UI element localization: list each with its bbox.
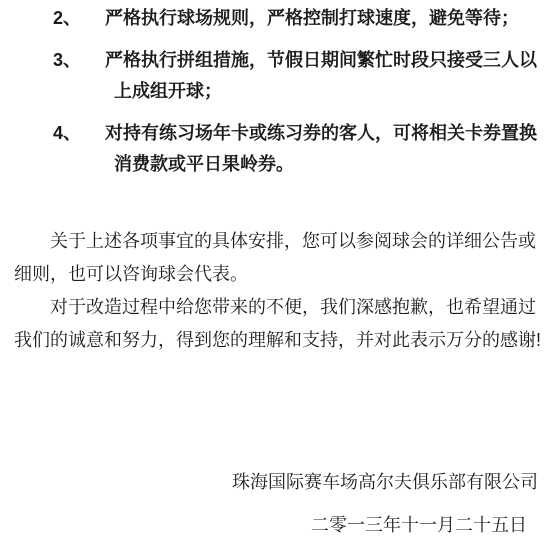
list-item-2-line-1: 严格执行球场规则，严格控制打球速度，避免等待； [105, 8, 550, 28]
list-item-4-line-2: 消费款或平日果岭券。 [114, 154, 550, 174]
list-item-3-line-2: 上成组开球； [114, 81, 550, 101]
list-item-4-number: 4、 [53, 123, 105, 143]
paragraph-apology: 对于改造过程中给您带来的不便，我们深感抱歉，也希望通过 我们的诚意和努力，得到您… [14, 297, 550, 350]
signature-company: 珠海国际赛车场高尔夫俱乐部有限公司 [0, 472, 550, 492]
list-item-4: 4、 对持有练习场年卡或练习券的客人，可将相关卡券置换 消费款或平日果岭券。 [0, 123, 550, 174]
list-item-2-number: 2、 [53, 8, 105, 28]
numbered-list: 2、 严格执行球场规则，严格控制打球速度，避免等待； 3、 严格执行拼组措施，节… [0, 8, 550, 174]
list-item-3: 3、 严格执行拼组措施，节假日期间繁忙时段只接受三人以 上成组开球； [0, 50, 550, 101]
list-item-2: 2、 严格执行球场规则，严格控制打球速度，避免等待； [0, 8, 550, 28]
paragraph-1-line-1: 关于上述各项事宜的具体安排，您可以参阅球会的详细公告或 [14, 231, 550, 251]
list-item-3-number: 3、 [53, 50, 105, 70]
paragraph-arrangements: 关于上述各项事宜的具体安排，您可以参阅球会的详细公告或 细则，也可以咨询球会代表… [14, 231, 550, 284]
list-item-3-text: 严格执行拼组措施，节假日期间繁忙时段只接受三人以 上成组开球； [105, 50, 550, 101]
list-item-2-text: 严格执行球场规则，严格控制打球速度，避免等待； [105, 8, 550, 28]
paragraph-2-line-1: 对于改造过程中给您带来的不便，我们深感抱歉，也希望通过 [14, 297, 550, 317]
list-item-4-text: 对持有练习场年卡或练习券的客人，可将相关卡券置换 消费款或平日果岭券。 [105, 123, 550, 174]
list-item-3-line-1: 严格执行拼组措施，节假日期间繁忙时段只接受三人以 [105, 50, 550, 70]
notice-document: 2、 严格执行球场规则，严格控制打球速度，避免等待； 3、 严格执行拼组措施，节… [0, 8, 550, 542]
signature-date: 二零一三年十一月二十五日 [0, 515, 550, 535]
paragraph-1-line-2: 细则，也可以咨询球会代表。 [14, 264, 550, 284]
paragraph-2-line-2: 我们的诚意和努力，得到您的理解和支持，并对此表示万分的感谢! [14, 330, 550, 350]
list-item-4-line-1: 对持有练习场年卡或练习券的客人，可将相关卡券置换 [105, 123, 550, 143]
